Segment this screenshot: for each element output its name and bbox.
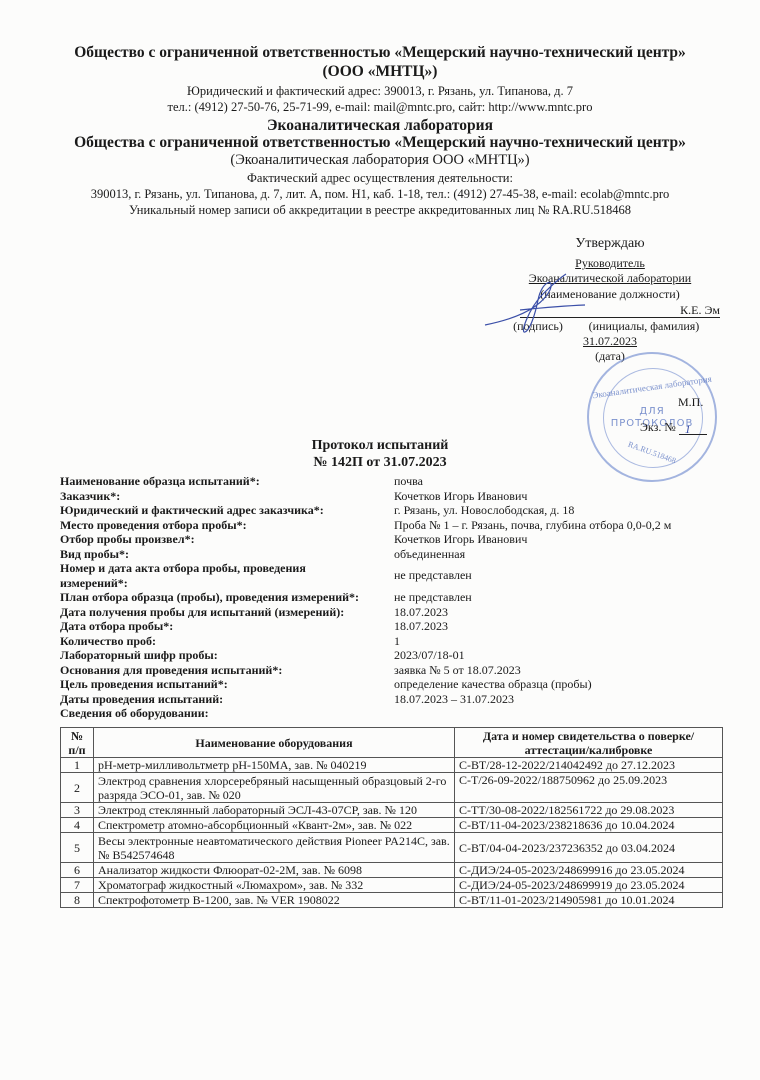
field-row: Основания для проведения испытаний*:заяв… (60, 663, 720, 678)
equipment-name: Электрод сравнения хлорсеребряный насыще… (94, 773, 455, 803)
field-label: Основания для проведения испытаний*: (60, 663, 394, 678)
table-row: 2Электрод сравнения хлорсеребряный насыщ… (61, 773, 723, 803)
field-value: 2023/07/18-01 (394, 648, 720, 663)
equipment-name: Весы электронные неавтоматического дейст… (94, 833, 455, 863)
row-number: 1 (61, 758, 94, 773)
field-label: Цель проведения испытаний*: (60, 677, 394, 692)
table-row: 8Спектрофотометр B-1200, зав. № VER 1908… (61, 893, 723, 908)
field-value: Проба № 1 – г. Рязань, почва, глубина от… (394, 518, 720, 533)
field-value: объединенная (394, 547, 720, 562)
field-label: План отбора образца (пробы), проведения … (60, 590, 394, 605)
table-row: 6Анализатор жидкости Флюорат-02-2М, зав.… (61, 863, 723, 878)
legal-address: Юридический и фактический адрес: 390013,… (0, 84, 760, 99)
field-row: Сведения об оборудовании: (60, 706, 720, 721)
certificate: С-ВТ/04-04-2023/237236352 до 03.04.2024 (455, 833, 723, 863)
field-value: Кочетков Игорь Иванович (394, 532, 720, 547)
copy-number: 1 (679, 422, 691, 436)
activity-address: 390013, г. Рязань, ул. Типанова, д. 7, л… (0, 187, 760, 202)
copy-label: Экз. № (640, 420, 676, 434)
field-row: Место проведения отбора пробы*:Проба № 1… (60, 518, 720, 533)
equipment-name: рН-метр-милливольтметр рН-150МА, зав. № … (94, 758, 455, 773)
field-value: не представлен (394, 590, 720, 605)
field-value: определение качества образца (пробы) (394, 677, 720, 692)
certificate: С-ДИЭ/24-05-2023/248699919 до 23.05.2024 (455, 878, 723, 893)
field-row: Отбор пробы произвел*:Кочетков Игорь Ива… (60, 532, 720, 547)
row-number: 6 (61, 863, 94, 878)
accreditation-number: Уникальный номер записи об аккредитации … (0, 203, 760, 218)
field-value (394, 706, 720, 721)
field-label: Количество проб: (60, 634, 394, 649)
lab-short-name: (Экоаналитическая лаборатория ООО «МНТЦ»… (0, 152, 760, 169)
equipment-name: Анализатор жидкости Флюорат-02-2М, зав. … (94, 863, 455, 878)
name-caption: (инициалы, фамилия) (574, 319, 714, 334)
equipment-name: Спектрометр атомно-абсорбционный «Квант-… (94, 818, 455, 833)
equipment-name: Спектрофотометр B-1200, зав. № VER 19080… (94, 893, 455, 908)
row-number: 4 (61, 818, 94, 833)
field-label: Лабораторный шифр пробы: (60, 648, 394, 663)
certificate: С-ВТ/28-12-2022/214042492 до 27.12.2023 (455, 758, 723, 773)
field-label: Дата отбора пробы*: (60, 619, 394, 634)
equipment-section-label: Сведения об оборудовании: (60, 706, 394, 721)
lab-name: Экоаналитическая лаборатория (0, 117, 760, 135)
certificate: С-ДИЭ/24-05-2023/248699916 до 23.05.2024 (455, 863, 723, 878)
field-value: не представлен (394, 568, 720, 583)
lab-org-name: Общества с ограниченной ответственностью… (0, 134, 760, 152)
sample-info-fields: Наименование образца испытаний*:почва За… (60, 474, 720, 721)
org-contacts: тел.: (4912) 27-50-76, 25-71-99, e-mail:… (0, 100, 760, 115)
table-row: 5Весы электронные неавтоматического дейс… (61, 833, 723, 863)
row-number: 8 (61, 893, 94, 908)
protocol-number: № 142П от 31.07.2023 (0, 455, 760, 471)
row-number: 7 (61, 878, 94, 893)
field-value: Кочетков Игорь Иванович (394, 489, 720, 504)
column-header-number: № п/п (61, 728, 94, 758)
seal-label: М.П. (678, 395, 703, 410)
field-value: 1 (394, 634, 720, 649)
position-line1: Руководитель (500, 256, 720, 271)
equipment-table: № п/п Наименование оборудования Дата и н… (60, 727, 723, 908)
approve-heading: Утверждаю (500, 236, 720, 252)
row-number: 5 (61, 833, 94, 863)
field-label: Дата получения пробы для испытаний (изме… (60, 605, 394, 620)
field-row: План отбора образца (пробы), проведения … (60, 590, 720, 605)
field-row: Количество проб:1 (60, 634, 720, 649)
org-short-name: (ООО «МНТЦ») (0, 63, 760, 81)
field-row: Цель проведения испытаний*:определение к… (60, 677, 720, 692)
field-value: 18.07.2023 (394, 619, 720, 634)
field-row: Дата получения пробы для испытаний (изме… (60, 605, 720, 620)
column-header-name: Наименование оборудования (94, 728, 455, 758)
equipment-name: Электрод стеклянный лабораторный ЭСЛ-43-… (94, 803, 455, 818)
protocol-title: Протокол испытаний (0, 438, 760, 454)
certificate: С-ТТ/30-08-2022/182561722 до 29.08.2023 (455, 803, 723, 818)
table-row: 7Хроматограф жидкостный «Люмахром», зав.… (61, 878, 723, 893)
org-full-name: Общество с ограниченной ответственностью… (0, 44, 760, 62)
field-label: Вид пробы*: (60, 547, 394, 562)
field-label: Даты проведения испытаний: (60, 692, 394, 707)
field-row: Даты проведения испытаний:18.07.2023 – 3… (60, 692, 720, 707)
copy-number-field: Экз. № 1 (640, 420, 707, 435)
field-row: Вид пробы*:объединенная (60, 547, 720, 562)
field-value: 18.07.2023 (394, 605, 720, 620)
field-label: Номер и дата акта отбора пробы, проведен… (60, 561, 360, 590)
field-label: Наименование образца испытаний*: (60, 474, 394, 489)
table-row: 3Электрод стеклянный лабораторный ЭСЛ-43… (61, 803, 723, 818)
field-value: г. Рязань, ул. Новослободская, д. 18 (394, 503, 720, 518)
certificate: С-ВТ/11-04-2023/238218636 до 10.04.2024 (455, 818, 723, 833)
field-row: Заказчик*:Кочетков Игорь Иванович (60, 489, 720, 504)
table-row: 4Спектрометр атомно-абсорбционный «Квант… (61, 818, 723, 833)
certificate: С-Т/26-09-2022/188750962 до 25.09.2023 (455, 773, 723, 803)
signature-icon (480, 270, 590, 340)
field-row: Лабораторный шифр пробы:2023/07/18-01 (60, 648, 720, 663)
field-label: Юридический и фактический адрес заказчик… (60, 503, 394, 518)
field-row: Номер и дата акта отбора пробы, проведен… (60, 561, 720, 590)
activity-address-label: Фактический адрес осуществления деятельн… (0, 171, 760, 186)
document-page: Общество с ограниченной ответственностью… (0, 0, 760, 1080)
field-row: Юридический и фактический адрес заказчик… (60, 503, 720, 518)
field-row: Наименование образца испытаний*:почва (60, 474, 720, 489)
field-value: 18.07.2023 – 31.07.2023 (394, 692, 720, 707)
column-header-certificate: Дата и номер свидетельства о поверке/атт… (455, 728, 723, 758)
row-number: 3 (61, 803, 94, 818)
field-label: Место проведения отбора пробы*: (60, 518, 394, 533)
row-number: 2 (61, 773, 94, 803)
equipment-name: Хроматограф жидкостный «Люмахром», зав. … (94, 878, 455, 893)
field-value: почва (394, 474, 720, 489)
field-value: заявка № 5 от 18.07.2023 (394, 663, 720, 678)
copy-number-line: 1 (679, 422, 707, 435)
table-row: 1рН-метр-милливольтметр рН-150МА, зав. №… (61, 758, 723, 773)
field-row: Дата отбора пробы*:18.07.2023 (60, 619, 720, 634)
certificate: С-ВТ/11-01-2023/214905981 до 10.01.2024 (455, 893, 723, 908)
table-header-row: № п/п Наименование оборудования Дата и н… (61, 728, 723, 758)
field-label: Заказчик*: (60, 489, 394, 504)
field-label: Отбор пробы произвел*: (60, 532, 394, 547)
